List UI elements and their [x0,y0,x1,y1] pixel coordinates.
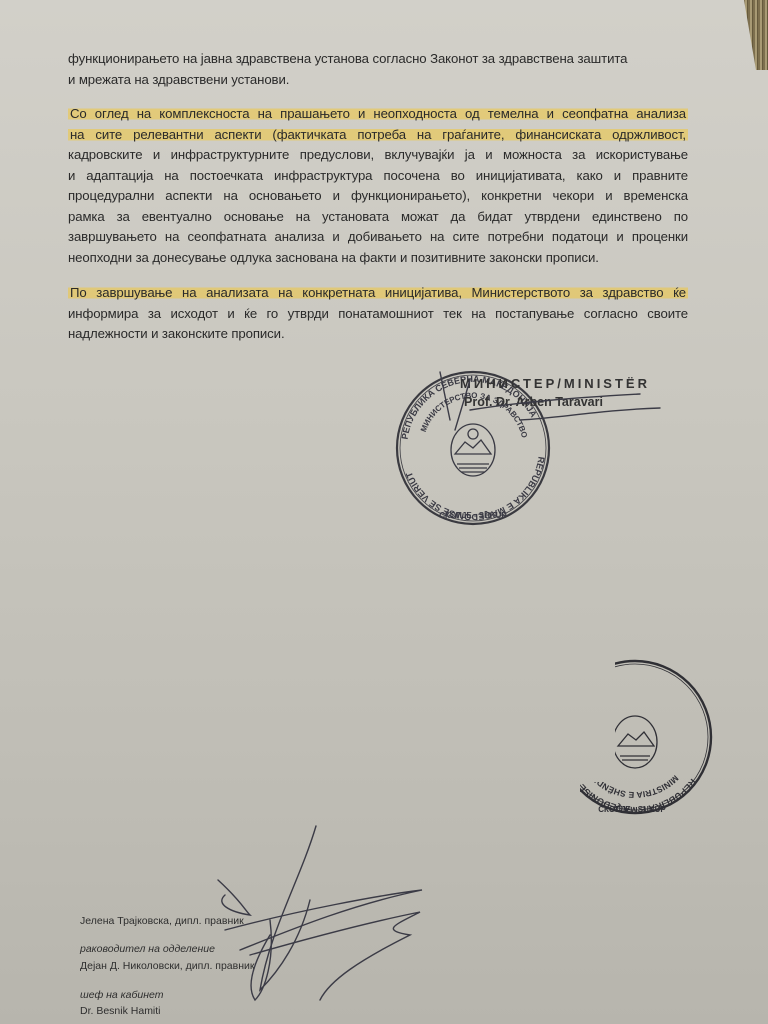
wooden-surface-edge [738,0,768,70]
highlighted-text: По завршување на анализата на конкретнат… [68,285,688,300]
text-line: неопходни за донесување одлука заснована… [68,248,688,269]
text-line: и адаптација на постоечката инфраструкту… [68,166,688,187]
paragraph-conclusion: По завршување на анализата на конкретнат… [68,283,688,345]
highlighted-text: на сите релевантни аспекти (фактичката п… [68,127,688,142]
head-of-department-title: раководител на одделение [80,943,215,955]
text-line: рамка за евентуално основање на установа… [68,207,688,228]
signatory-title: МИНИСТЕР/MINISTËR [460,376,650,391]
svg-text:REPUBLIKA E MAQEDONISË SË VERI: REPUBLIKA E MAQEDONISË SË VERIUT [560,737,698,815]
svg-text:СКОПЈЕ - SHKUP: СКОПЈЕ - SHKUP [598,805,666,814]
text-line: функционирањето на јавна здравствена уст… [68,49,688,70]
head-of-department-name: Дејан Д. Николовски, дипл. правник [80,960,254,972]
text-line: завршувањето на сеопфатната анализа и до… [68,227,688,248]
paragraph-legal-basis: функционирањето на јавна здравствена уст… [68,49,688,90]
paragraph-analysis: Со оглед на комплексноста на прашањето и… [68,104,688,268]
coat-of-arms-icon [613,716,657,768]
signatory-name: Prof. Dr. Arben Taravari [464,395,603,409]
text-line: кадровските и инфраструктурните предусло… [68,145,688,166]
highlighted-text: Со оглед на комплексноста на прашањето и… [68,106,688,121]
chief-of-cabinet-name: Dr. Besnik Hamiti [80,1005,161,1017]
coat-of-arms-icon [451,424,495,476]
text-line: надлежности и законските прописи. [68,324,688,345]
prepared-by: Јелена Трајковска, дипл. правник [80,915,244,927]
svg-text:СКОПЈЕ - SHKUP: СКОПЈЕ - SHKUP [439,511,507,520]
ministry-stamp-partial: REPUBLIKA E MAQEDONISË SË VERIUT MINISTR… [560,652,750,822]
text-line: информира за исходот и ќе го утврди пона… [68,304,688,325]
text-line: процедурални аспекти на основањето и фун… [68,186,688,207]
ministry-stamp: РЕПУБЛИКА СЕВЕРНА МАКЕДОНИЈА REPUBLIKA E… [393,368,553,528]
text-line: и мрежата на здравствени установи. [68,70,688,91]
chief-of-cabinet-title: шеф на кабинет [80,989,163,1001]
document-page: функционирањето на јавна здравствена уст… [0,0,768,1024]
